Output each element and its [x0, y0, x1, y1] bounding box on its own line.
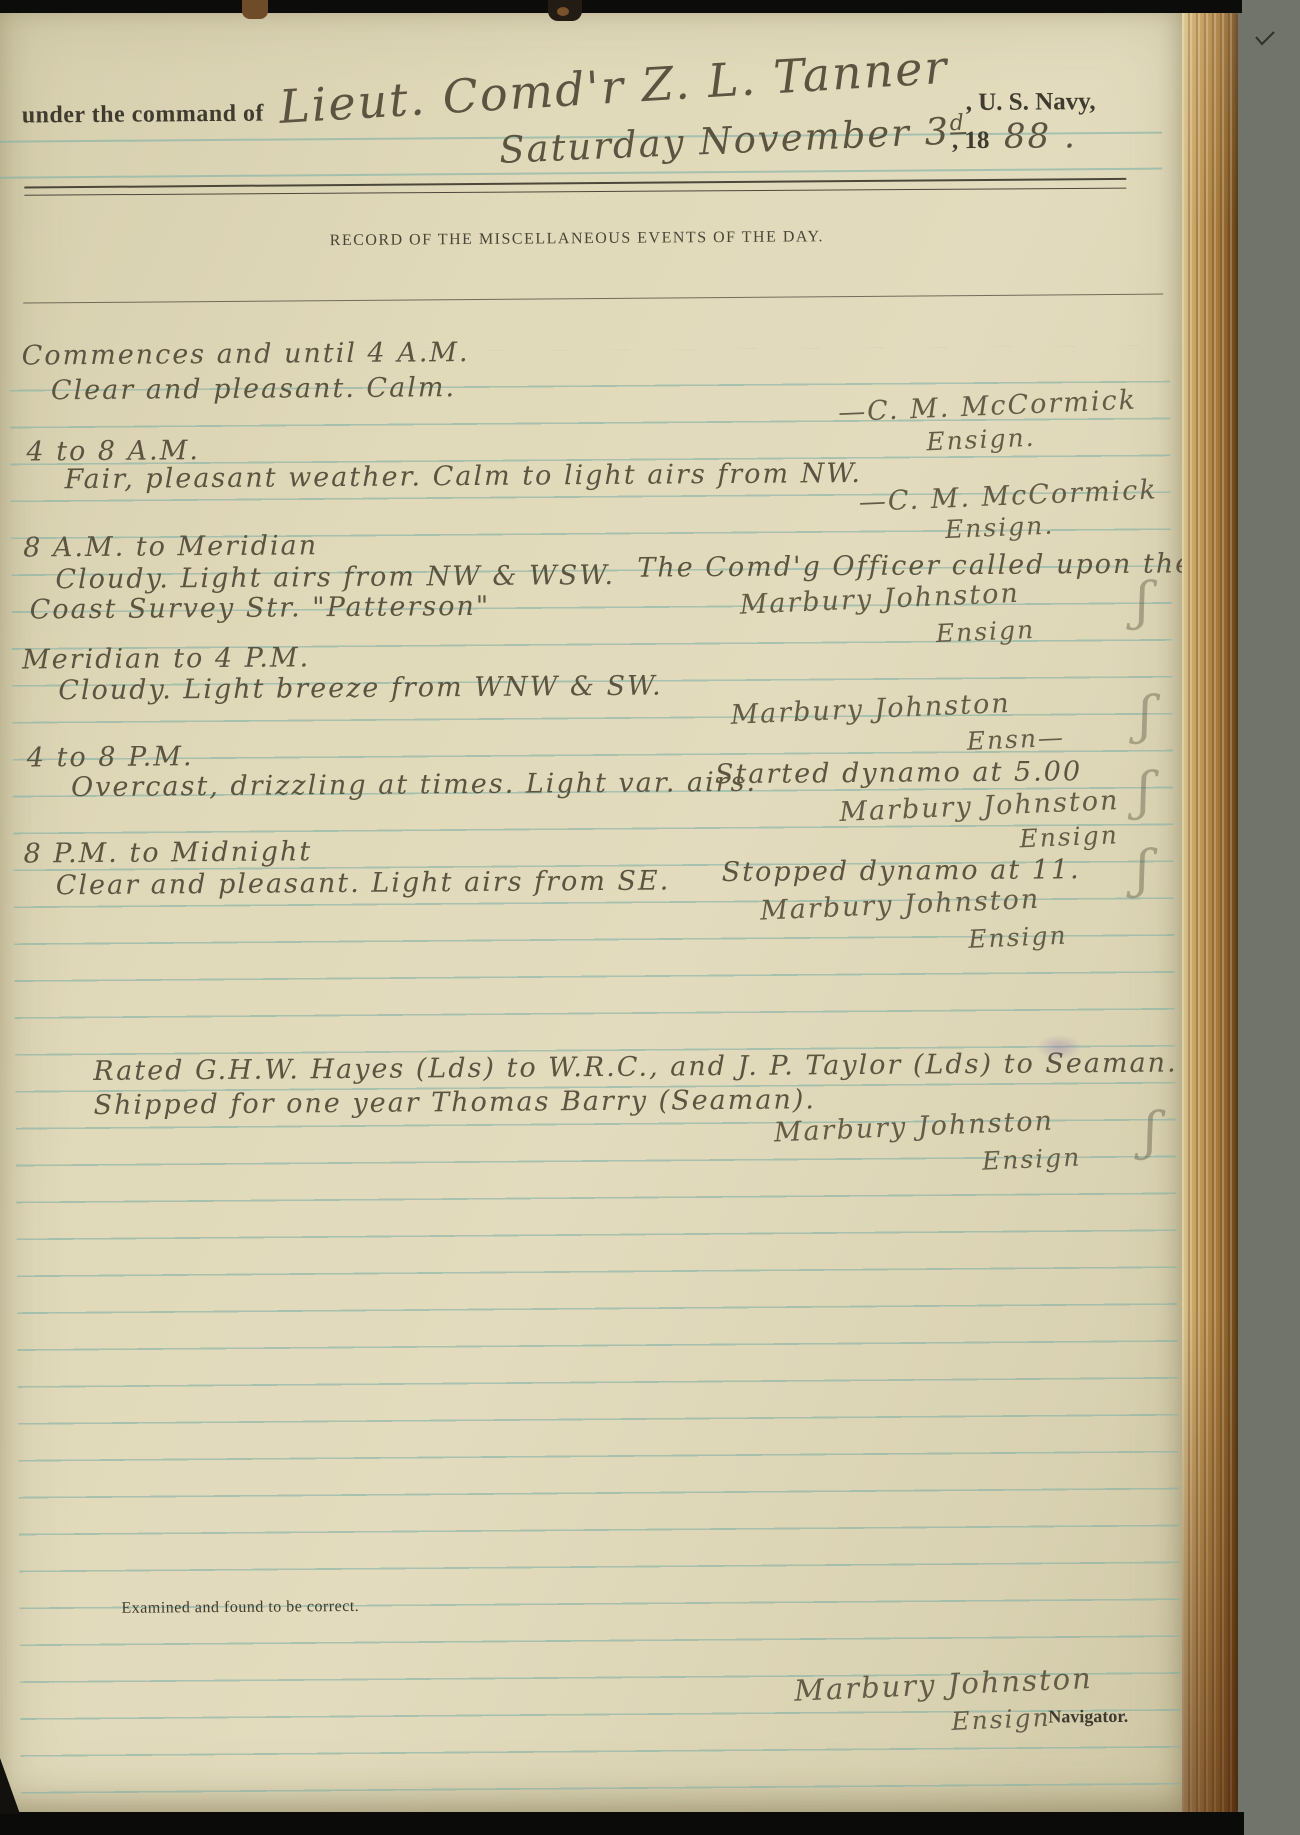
scan-corner-shadow — [0, 1758, 20, 1814]
header-double-rule — [24, 178, 1126, 189]
margin-pen-mark: ʃ — [1135, 840, 1150, 900]
weather-note: Cloudy. Light breeze from WNW & SW. — [58, 671, 663, 707]
scanned-logbook-page: under the command of Lieut. Comd'r Z. L.… — [0, 0, 1300, 1835]
page-top-edge-patch — [548, 0, 582, 21]
event-note: Started dynamo at 5.00 — [715, 756, 1082, 790]
navy-suffix-label: , U. S. Navy, — [966, 88, 1096, 117]
book-page-edges — [1182, 12, 1238, 1814]
watch-period: 8 P.M. to Midnight — [23, 836, 312, 869]
event-note-continued: Coast Survey Str. "Patterson" — [30, 591, 491, 626]
signature-rank: Ensign — [951, 1703, 1051, 1736]
logbook-paper: under the command of Lieut. Comd'r Z. L.… — [0, 8, 1190, 1812]
margin-pen-mark: ʃ — [1138, 686, 1153, 746]
signature-rank: Ensign. — [926, 423, 1036, 457]
command-prefix-label: under the command of — [22, 101, 264, 130]
margin-pen-mark: ʃ — [1144, 1102, 1159, 1162]
year-handwriting: 88 . — [1004, 116, 1077, 157]
margin-pen-mark: ʃ — [1135, 572, 1150, 632]
scan-bed-bottom — [0, 1812, 1244, 1835]
page-content: under the command of Lieut. Comd'r Z. L.… — [0, 8, 1190, 1812]
check-stroke-icon — [1254, 30, 1276, 46]
weather-note: Clear and pleasant. Calm. — [51, 372, 456, 406]
navigator-label: Navigator. — [1048, 1706, 1128, 1728]
signature-rank: Ensign — [981, 1143, 1081, 1176]
event-note: The Comd'g Officer called upon the — [637, 548, 1190, 583]
signature-rank: Ensn— — [966, 723, 1065, 756]
ruled-line — [0, 168, 1162, 179]
weather-note: Cloudy. Light airs from NW & WSW. — [55, 560, 615, 595]
signature-rank: Ensign — [1019, 820, 1119, 853]
watch-period: Meridian to 4 P.M. — [22, 642, 310, 675]
section-title: RECORD OF THE MISCELLANEOUS EVENTS OF TH… — [330, 228, 824, 250]
header-double-rule — [24, 188, 1126, 196]
examined-statement: Examined and found to be correct. — [121, 1598, 359, 1618]
page-top-edge-patch — [242, 0, 268, 19]
watch-period: 8 A.M. to Meridian — [23, 530, 318, 563]
weather-note: Overcast, drizzling at times. Light var.… — [71, 767, 757, 803]
margin-pen-mark: ʃ — [1137, 762, 1152, 822]
signature-rank: Ensign — [968, 921, 1068, 954]
scan-bed-top — [0, 0, 1242, 13]
signature-rank: Ensign. — [944, 511, 1054, 545]
weather-note: Fair, pleasant weather. Calm to light ai… — [64, 458, 862, 495]
weather-note: Clear and pleasant. Light airs from SE. — [56, 865, 671, 901]
date-handwriting: Saturday November 3d — [498, 109, 967, 172]
day-remark-line: Shipped for one year Thomas Barry (Seama… — [93, 1084, 816, 1121]
signature-rank: Ensign — [935, 615, 1035, 648]
event-note: Stopped dynamo at 11. — [722, 854, 1081, 888]
section-divider-rule — [23, 294, 1163, 304]
watch-period: Commences and until 4 A.M. — [22, 337, 470, 372]
watch-period: 4 to 8 P.M. — [27, 741, 194, 773]
scan-artifact-mark — [1254, 30, 1276, 51]
year-prefix-label: , 18 — [952, 127, 990, 155]
